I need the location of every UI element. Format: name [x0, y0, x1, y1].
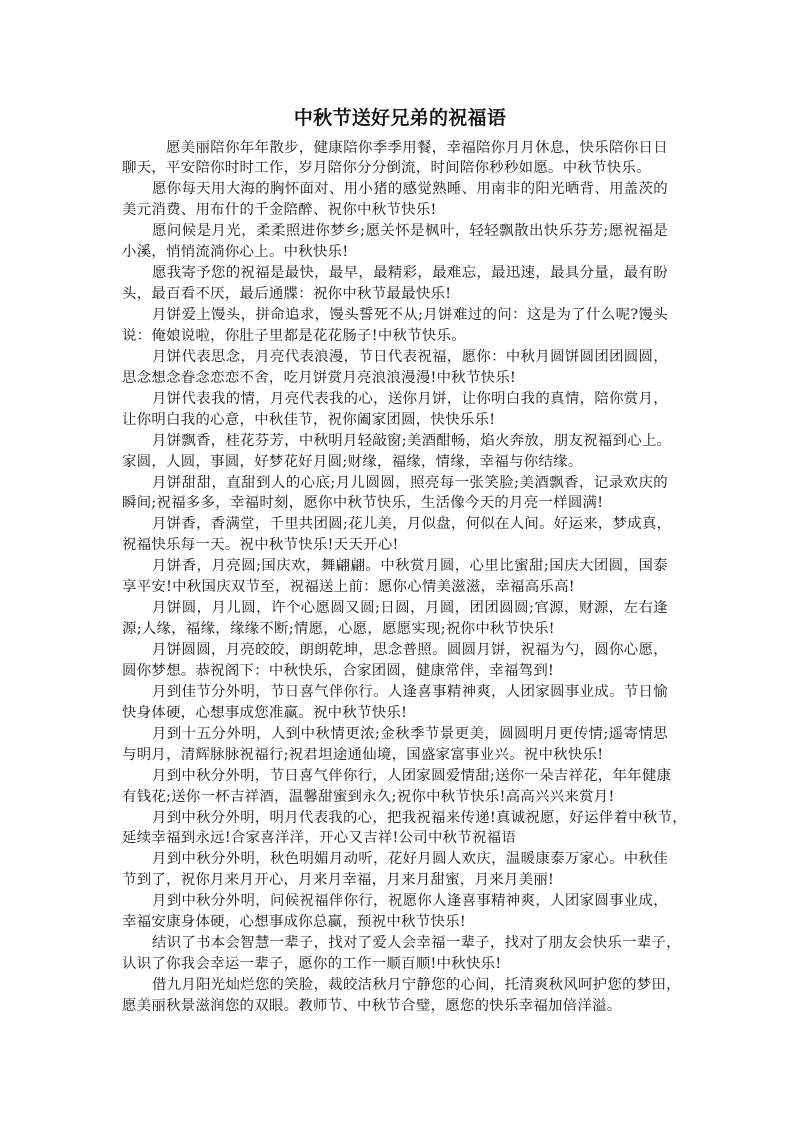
paragraph: 月到佳节分外明，节日喜气伴你行。人逢喜事精神爽，人团家圆事业成。节日愉 快身体硬…	[122, 682, 668, 724]
paragraph-line: 家圆，人圆，事圆，好梦花好月圆;财缘，福缘，情缘，幸福与你结缘。	[122, 452, 668, 473]
paragraph-line: 月饼香，香满堂，千里共团圆;花儿美，月似盘，何似在人间。好运来，梦成真，	[122, 514, 668, 535]
paragraph-line: 月饼代表我的情，月亮代表我的心，送你月饼，让你明白我的真情，陪你赏月，	[122, 389, 668, 410]
paragraph-line: 有钱花;送你一杯吉祥酒，温馨甜蜜到永久;祝你中秋节快乐!高高兴兴来赏月!	[122, 787, 668, 808]
paragraph: 月饼代表我的情，月亮代表我的心，送你月饼，让你明白我的真情，陪你赏月， 让你明白…	[122, 389, 668, 431]
paragraph-line: 月到中秋分外明，明月代表我的心，把我祝福来传递!真诚祝愿，好运伴着中秋节，	[122, 808, 668, 829]
paragraph: 月到十五分外明，人到中秋情更浓;金秋季节景更美，圆圆明月更传情;遥寄情思 与明月…	[122, 724, 668, 766]
paragraph: 月饼爱上馒头，拼命追求，馒头誓死不从;月饼难过的问：这是为了什么呢?馒头 说：俺…	[122, 305, 668, 347]
paragraph: 借九月阳光灿烂您的笑脸，裁皎洁秋月宁静您的心间，托清爽秋风呵护您的梦田， 愿美丽…	[122, 975, 668, 1017]
paragraph: 月到中秋分外明，节日喜气伴你行，人团家圆爱情甜;送你一朵吉祥花，年年健康 有钱花…	[122, 766, 668, 808]
paragraph-line: 月饼香，月亮圆;国庆欢，舞翩翩。中秋赏月圆，心里比蜜甜;国庆大团圆，国泰	[122, 556, 668, 577]
paragraph: 月饼圆，月儿圆，许个心愿圆又圆;日圆，月圆，团团圆圆;官源，财源，左右逢 源;人…	[122, 598, 668, 640]
paragraph: 愿我寄予您的祝福是最快，最早，最精彩，最难忘，最迅速，最具分量，最有盼 头，最百…	[122, 263, 668, 305]
document-body: 愿美丽陪你年年散步，健康陪你季季用餐，幸福陪你月月休息，快乐陪你日日 聊天，平安…	[122, 138, 668, 1017]
paragraph-line: 月饼甜甜，直甜到人的心底;月儿圆圆，照亮每一张笑脸;美酒飘香，记录欢庆的	[122, 473, 668, 494]
paragraph-line: 认识了你我会幸运一辈子，愿你的工作一顺百顺!中秋快乐!	[122, 954, 668, 975]
document-title: 中秋节送好兄弟的祝福语	[0, 105, 800, 131]
paragraph-line: 说：俺娘说啦，你肚子里都是花花肠子!中秋节快乐。	[122, 326, 668, 347]
paragraph: 月到中秋分外明，问候祝福伴你行，祝愿你人逢喜事精神爽，人团家圆事业成， 幸福安康…	[122, 891, 668, 933]
paragraph-line: 月饼飘香，桂花芬芳，中秋明月轻敲窗;美酒酣畅，焰火奔放，朋友祝福到心上。	[122, 431, 668, 452]
paragraph: 愿问候是月光，柔柔照进你梦乡;愿关怀是枫叶，轻轻飘散出快乐芬芳;愿祝福是 小溪，…	[122, 221, 668, 263]
paragraph: 愿美丽陪你年年散步，健康陪你季季用餐，幸福陪你月月休息，快乐陪你日日 聊天，平安…	[122, 138, 668, 180]
paragraph-line: 圆你梦想。恭祝阁下：中秋快乐，合家团圆，健康常伴，幸福驾到!	[122, 661, 668, 682]
document-page: 中秋节送好兄弟的祝福语 愿美丽陪你年年散步，健康陪你季季用餐，幸福陪你月月休息，…	[0, 0, 800, 1132]
paragraph-line: 聊天，平安陪你时时工作，岁月陪你分分倒流，时间陪你秒秒如愿。中秋节快乐。	[122, 158, 668, 179]
paragraph-line: 借九月阳光灿烂您的笑脸，裁皎洁秋月宁静您的心间，托清爽秋风呵护您的梦田，	[122, 975, 668, 996]
paragraph-line: 快身体硬，心想事成您准赢。祝中秋节快乐!	[122, 703, 668, 724]
paragraph-line: 月饼圆，月儿圆，许个心愿圆又圆;日圆，月圆，团团圆圆;官源，财源，左右逢	[122, 598, 668, 619]
paragraph-line: 节到了，祝你月来月开心，月来月幸福，月来月甜蜜，月来月美丽!	[122, 870, 668, 891]
paragraph-line: 思念想念眷念恋恋不舍，吃月饼赏月亮浪浪漫漫!中秋节快乐!	[122, 368, 668, 389]
paragraph-line: 愿我寄予您的祝福是最快，最早，最精彩，最难忘，最迅速，最具分量，最有盼	[122, 263, 668, 284]
paragraph: 结识了书本会智慧一辈子，找对了爱人会幸福一辈子，找对了朋友会快乐一辈子， 认识了…	[122, 933, 668, 975]
paragraph-line: 愿你每天用大海的胸怀面对、用小猪的感觉熟睡、用南非的阳光晒背、用盖茨的	[122, 179, 668, 200]
paragraph-line: 月饼代表思念，月亮代表浪漫，节日代表祝福，愿你：中秋月圆饼圆团团圆圆，	[122, 347, 668, 368]
paragraph-line: 幸福安康身体硬，心想事成你总赢，预祝中秋节快乐!	[122, 912, 668, 933]
paragraph-line: 延续幸福到永远!合家喜洋洋，开心又吉祥!公司中秋节祝福语	[122, 828, 668, 849]
paragraph-line: 月饼圆圆，月亮皎皎，朗朗乾坤，思念普照。圆圆月饼，祝福为勺，圆你心愿，	[122, 640, 668, 661]
paragraph: 愿你每天用大海的胸怀面对、用小猪的感觉熟睡、用南非的阳光晒背、用盖茨的 美元消费…	[122, 179, 668, 221]
paragraph-line: 月饼爱上馒头，拼命追求，馒头誓死不从;月饼难过的问：这是为了什么呢?馒头	[122, 305, 668, 326]
paragraph-line: 享平安!中秋国庆双节至，祝福送上前：愿你心情美滋滋，幸福高乐高!	[122, 577, 668, 598]
paragraph: 月饼甜甜，直甜到人的心底;月儿圆圆，照亮每一张笑脸;美酒飘香，记录欢庆的 瞬间;…	[122, 473, 668, 515]
paragraph-line: 愿美丽陪你年年散步，健康陪你季季用餐，幸福陪你月月休息，快乐陪你日日	[122, 138, 668, 159]
paragraph-line: 让你明白我的心意，中秋佳节，祝你阖家团圆，快快乐乐!	[122, 410, 668, 431]
paragraph-line: 月到佳节分外明，节日喜气伴你行。人逢喜事精神爽，人团家圆事业成。节日愉	[122, 682, 668, 703]
paragraph: 月饼飘香，桂花芬芳，中秋明月轻敲窗;美酒酣畅，焰火奔放，朋友祝福到心上。 家圆，…	[122, 431, 668, 473]
paragraph: 月饼香，月亮圆;国庆欢，舞翩翩。中秋赏月圆，心里比蜜甜;国庆大团圆，国泰 享平安…	[122, 556, 668, 598]
paragraph: 月饼香，香满堂，千里共团圆;花儿美，月似盘，何似在人间。好运来，梦成真， 祝福快…	[122, 514, 668, 556]
paragraph-line: 月到中秋分外明，节日喜气伴你行，人团家圆爱情甜;送你一朵吉祥花，年年健康	[122, 766, 668, 787]
paragraph-line: 月到中秋分外明，秋色明媚月动听，花好月圆人欢庆，温暖康泰万家心。中秋佳	[122, 849, 668, 870]
paragraph-line: 小溪，悄悄流淌你心上。中秋快乐!	[122, 242, 668, 263]
paragraph: 月到中秋分外明，明月代表我的心，把我祝福来传递!真诚祝愿，好运伴着中秋节， 延续…	[122, 808, 668, 850]
paragraph-line: 头，最百看不厌，最后通牒：祝你中秋节最最快乐!	[122, 284, 668, 305]
paragraph-line: 月到中秋分外明，问候祝福伴你行，祝愿你人逢喜事精神爽，人团家圆事业成，	[122, 891, 668, 912]
paragraph-line: 源;人缘，福缘，缘缘不断;情愿，心愿，愿愿实现;祝你中秋节快乐!	[122, 619, 668, 640]
paragraph-line: 瞬间;祝福多多，幸福时刻，愿你中秋节快乐，生活像今天的月亮一样圆满!	[122, 493, 668, 514]
paragraph: 月饼代表思念，月亮代表浪漫，节日代表祝福，愿你：中秋月圆饼圆团团圆圆， 思念想念…	[122, 347, 668, 389]
paragraph-line: 祝福快乐每一天。祝中秋节快乐!天天开心!	[122, 535, 668, 556]
paragraph-line: 美元消费、用布什的千金陪醉、祝你中秋节快乐!	[122, 200, 668, 221]
paragraph-line: 愿问候是月光，柔柔照进你梦乡;愿关怀是枫叶，轻轻飘散出快乐芬芳;愿祝福是	[122, 221, 668, 242]
paragraph: 月饼圆圆，月亮皎皎，朗朗乾坤，思念普照。圆圆月饼，祝福为勺，圆你心愿， 圆你梦想…	[122, 640, 668, 682]
paragraph-line: 结识了书本会智慧一辈子，找对了爱人会幸福一辈子，找对了朋友会快乐一辈子，	[122, 933, 668, 954]
paragraph-line: 月到十五分外明，人到中秋情更浓;金秋季节景更美，圆圆明月更传情;遥寄情思	[122, 724, 668, 745]
paragraph-line: 与明月，清辉脉脉祝福行;祝君坦途通仙境，国盛家富事业兴。祝中秋快乐!	[122, 745, 668, 766]
paragraph: 月到中秋分外明，秋色明媚月动听，花好月圆人欢庆，温暖康泰万家心。中秋佳 节到了，…	[122, 849, 668, 891]
paragraph-line: 愿美丽秋景滋润您的双眼。教师节、中秋节合璧，愿您的快乐幸福加倍洋溢。	[122, 996, 668, 1017]
